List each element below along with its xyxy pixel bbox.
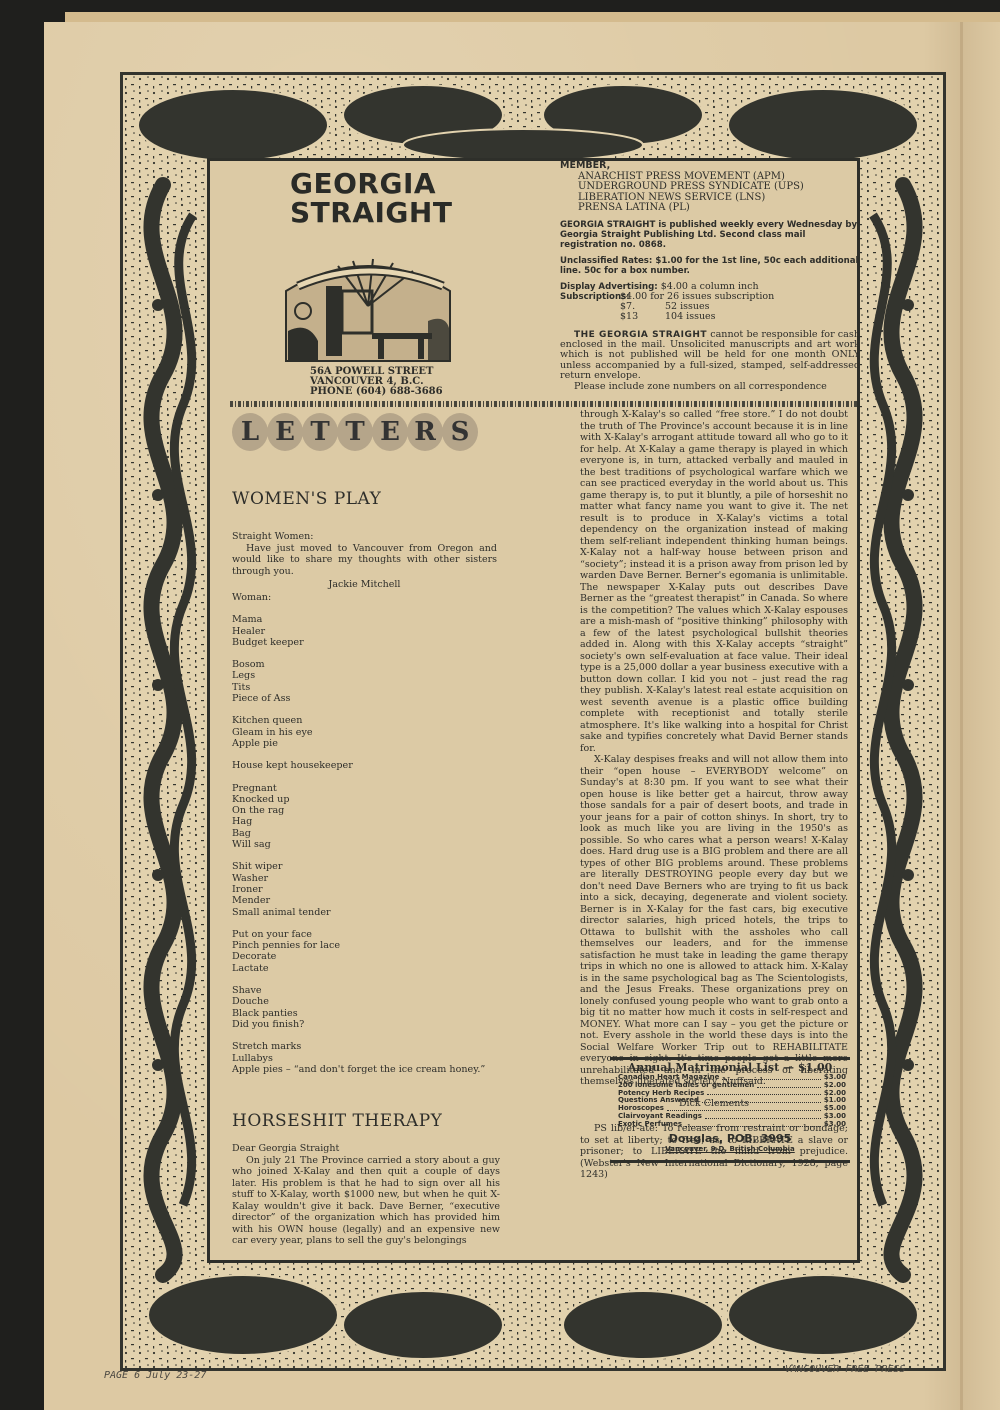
address-phone: PHONE (604) 688-3686 — [310, 387, 460, 397]
intro-paragraph: Have just moved to Vancouver from Oregon… — [232, 543, 497, 578]
member-heading: MEMBER, — [560, 161, 860, 172]
masthead-title: GEORGIA STRAIGHT — [290, 169, 470, 227]
ornamental-divider — [230, 401, 858, 407]
ad-city: Vancouver, 9-D, British Columbia — [610, 1145, 850, 1153]
letter-paragraph: X-Kalay despises freaks and will not all… — [580, 754, 848, 1088]
poem-stanza: Bosom Legs Tits Piece of Ass — [232, 659, 512, 704]
letter-paragraph: On july 21 The Province carried a story … — [232, 1155, 500, 1247]
ad-contact: Douglas, POB. 3995 — [610, 1132, 850, 1145]
publication-name-footer: VANCOUVER FREE PRESS — [785, 1364, 905, 1375]
womens-play-intro: Straight Women: Have just moved to Vanco… — [232, 531, 497, 591]
poem-stanza: Kitchen queen Gleam in his eye Apple pie — [232, 715, 512, 749]
display-advertising: Display Advertising: $4.00 a column inch — [560, 282, 860, 292]
poem-stanza: Shave Douche Black panties Did you finis… — [232, 985, 512, 1030]
submission-notice: THE GEORGIA STRAIGHT cannot be responsib… — [560, 330, 860, 382]
letters-section-heading: L E T T E R S — [232, 413, 477, 451]
publication-info-box: MEMBER, ANARCHIST PRESS MOVEMENT (APM) U… — [560, 161, 860, 392]
poem-stanza: Mama Healer Budget keeper — [232, 614, 512, 648]
letter-paragraph: through X-Kalay's so called “free store.… — [580, 409, 848, 754]
letter-author: Jackie Mitchell — [232, 579, 497, 591]
horseshit-therapy-body-start: Dear Georgia Straight On july 21 The Pro… — [232, 1143, 500, 1247]
poem-stanza: Shit wiper Washer Ironer Mender Small an… — [232, 861, 512, 917]
matrimonial-list-ad: Annual Matrimonial List — $1.00 Canadian… — [610, 1057, 850, 1163]
masthead-title-line2: STRAIGHT — [290, 198, 470, 227]
zone-notice: Please include zone numbers on all corre… — [560, 382, 860, 392]
subscription-row: $7.52 issues — [560, 302, 860, 312]
member-org: PRENSA LATINA (PL) — [560, 203, 860, 214]
page-number-footer: PAGE 6 July 23-27 — [104, 1370, 206, 1381]
horseshit-therapy-headline: HORSESHIT THERAPY — [232, 1111, 442, 1131]
paper-fold — [960, 22, 963, 1410]
salutation: Dear Georgia Straight — [232, 1143, 500, 1155]
ad-item: Exotic Perfumes$3.00 — [610, 1121, 850, 1129]
poem-stanza: Put on your face Pinch pennies for lace … — [232, 929, 512, 974]
salutation: Straight Women: — [232, 531, 497, 543]
publication-schedule: GEORGIA STRAIGHT is published weekly eve… — [560, 220, 860, 250]
member-org: UNDERGROUND PRESS SYNDICATE (UPS) — [560, 182, 860, 193]
subscription-row: Subscriptions: $4.00 for 26 issues subsc… — [560, 292, 860, 302]
poem-stanza: House kept housekeeper — [232, 760, 512, 771]
poem-stanza: Stretch marks Lullabys Apple pies – “and… — [232, 1041, 512, 1075]
poem-title: Woman: — [232, 592, 512, 603]
masthead-title-line1: GEORGIA — [290, 169, 470, 198]
masthead-address: 56A POWELL STREET VANCOUVER 4, B.C. PHON… — [310, 367, 460, 397]
subscription-row: $13104 issues — [560, 312, 860, 322]
content-panel: GEORGIA STRAIGHT 56A POWELL STREET VANCO… — [207, 158, 860, 1263]
unclassified-rates: Unclassified Rates: $1.00 for the 1st li… — [560, 256, 860, 276]
womens-play-headline: WOMEN'S PLAY — [232, 489, 381, 509]
womens-play-poem: Woman: Mama Healer Budget keeper Bosom L… — [232, 592, 512, 1086]
poem-stanza: Pregnant Knocked up On the rag Hag Bag W… — [232, 783, 512, 851]
printing-press-woodcut-icon — [278, 251, 458, 371]
